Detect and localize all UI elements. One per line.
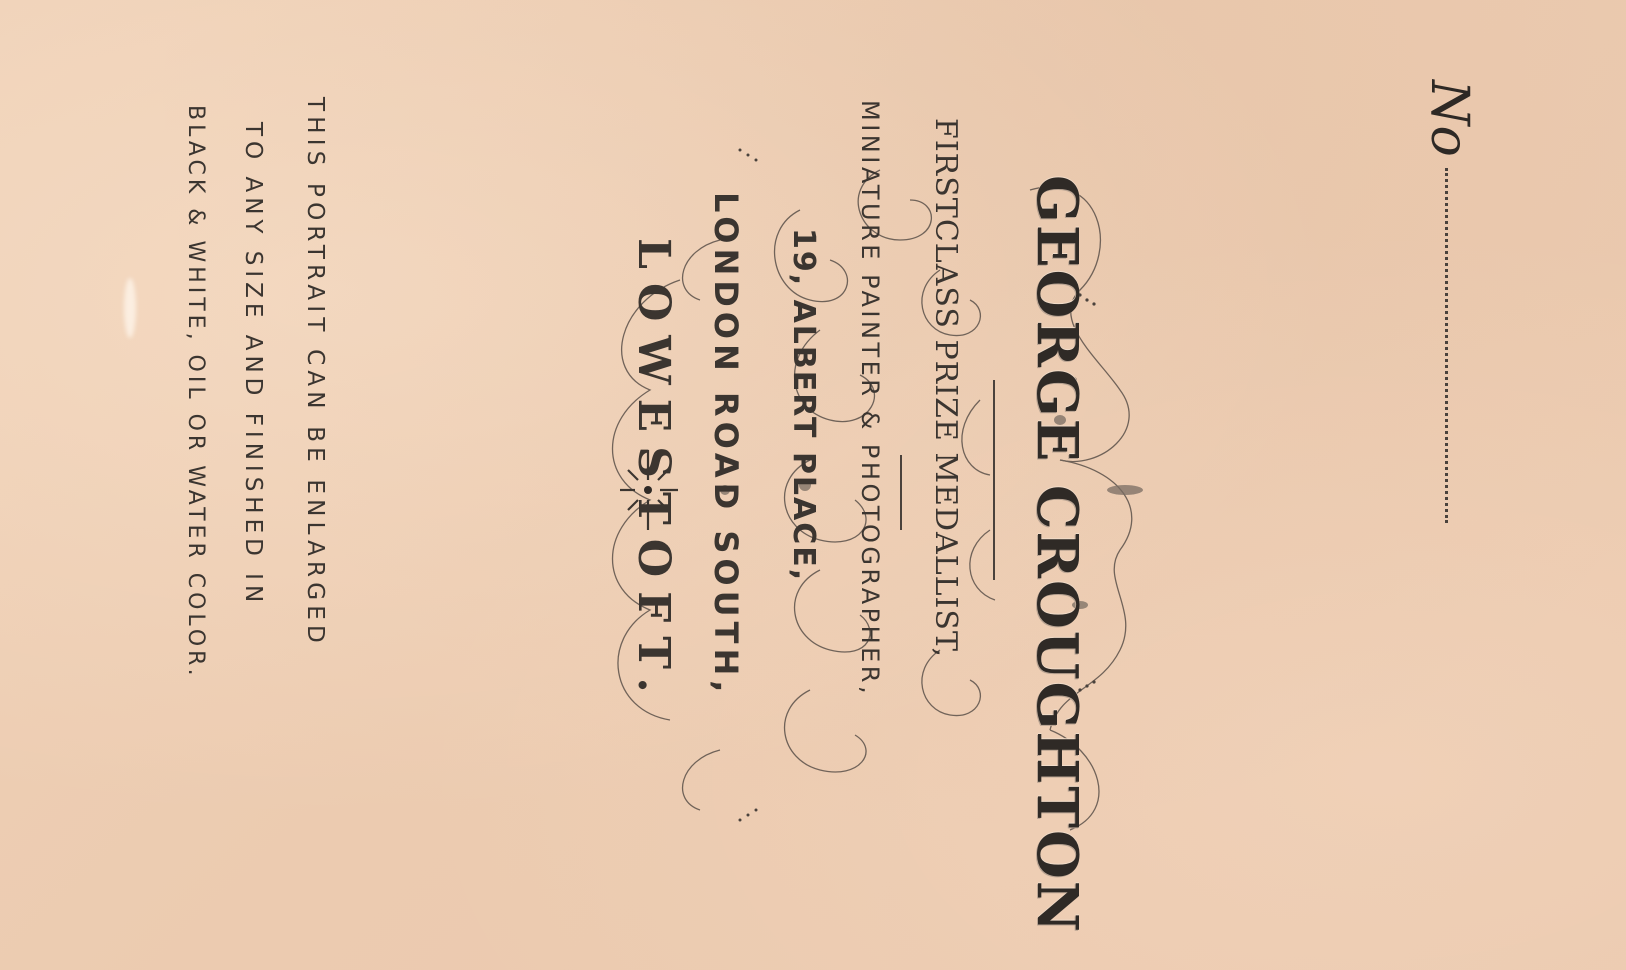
profession-line: MINIATURE PAINTER & PHOTOGRAPHER,	[858, 100, 882, 697]
distinction-line: FIRSTCLASS PRIZE MEDALLIST,	[930, 118, 960, 658]
address-line-1: 19, ALBERT PLACE,	[788, 228, 818, 582]
number-label: No	[1423, 80, 1475, 157]
notice-line-2: TO ANY SIZE AND FINISHED IN	[241, 122, 264, 607]
notice-line-1: THIS PORTRAIT CAN BE ENLARGED	[303, 97, 326, 648]
cabinet-card-back: GEORGE CROUGHTON FIRSTCLASS PRIZE MEDALL…	[0, 0, 1626, 970]
divider-rule-short	[900, 455, 902, 530]
notice-line-3: BLACK & WHITE, OIL OR WATER COLOR.	[184, 105, 206, 680]
town-line: LOWESTOFT.	[631, 238, 675, 707]
photographer-name: GEORGE CROUGHTON	[1029, 175, 1085, 934]
paper-wear-mark	[124, 278, 136, 338]
number-field-dotted-line	[1445, 168, 1448, 523]
divider-rule	[993, 380, 995, 580]
address-line-2: LONDON ROAD SOUTH,	[710, 192, 742, 697]
